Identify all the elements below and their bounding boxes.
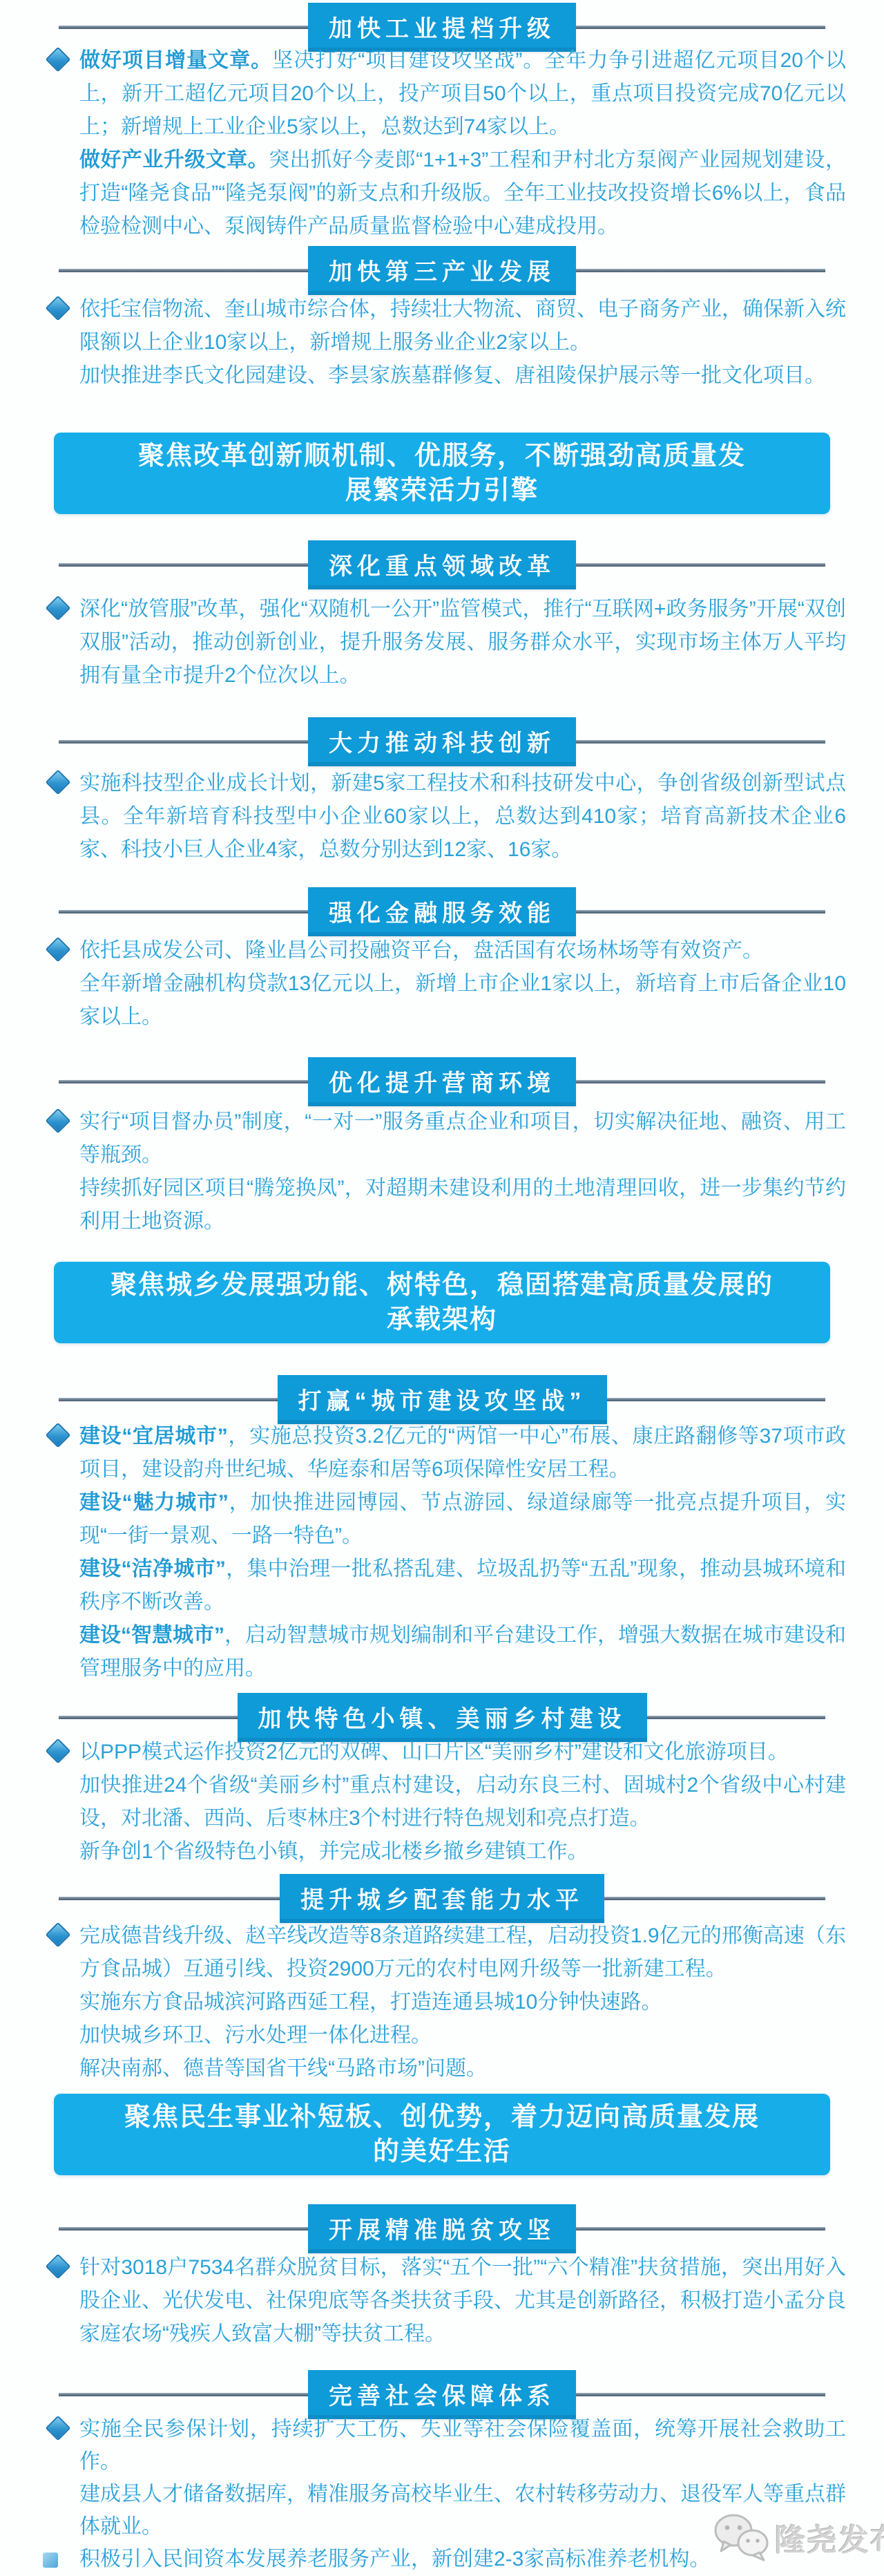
paragraph-lead: 建设“洁净城市” — [79, 1557, 226, 1580]
section-ribbon-poverty-alleviation: 开展精准脱贫攻坚 — [59, 2204, 825, 2253]
ribbon-line-left — [59, 269, 308, 272]
bullet-paragraph: 深化“放管服”改革，强化“双随机一公开”监管模式，推行“互联网+政务服务”开展“… — [79, 593, 846, 692]
section-ribbon-sci-tech: 大力推动科技创新 — [59, 717, 825, 766]
bullet-paragraph: 实行“项目督办员”制度，“一对一”服务重点企业和项目，切实解决征地、融资、用工等… — [79, 1106, 846, 1238]
section-ribbon-key-reform: 深化重点领域改革 — [59, 540, 825, 589]
section-ribbon-business-environment: 优化提升营商环境 — [59, 1057, 825, 1106]
bullet-paragraph: 依托县成发公司、隆业昌公司投融资平台，盘活国有农场林场等有效资产。 全年新增金融… — [79, 934, 846, 1034]
paragraph-text: 针对3018户7534名群众脱贫目标，落实“五个一批”“六个精准”扶贫措施，突出… — [79, 2256, 846, 2345]
ribbon-line-left — [59, 563, 308, 567]
diamond-bullet-icon — [46, 1423, 71, 1448]
bullet-paragraph: 建设“宜居城市”，实施总投资3.2亿元的“两馆一中心”布展、康庄路翻修等37项市… — [79, 1420, 846, 1685]
bullet-paragraph: 完成德昔线升级、赵辛线改造等8条道路续建工程，启动投资1.9亿元的邢衡高速（东方… — [79, 1920, 846, 2085]
ribbon-line-left — [59, 2393, 308, 2396]
diamond-bullet-icon — [46, 596, 71, 621]
banner-line-2: 展繁荣活力引擎 — [75, 473, 809, 508]
section-ribbon-infrastructure: 提升城乡配套能力水平 — [59, 1874, 825, 1923]
paragraph-text: 加快推进李氏文化园建设、李昙家族墓群修复、唐祖陵保护展示等一批文化项目。 — [79, 364, 825, 387]
paragraph-text: 实施东方食品城滨河路西延工程，打造连通县城10分钟快速路。 — [79, 1991, 662, 2014]
ribbon-line-left — [59, 26, 308, 29]
section-ribbon-social-security: 完善社会保障体系 — [59, 2370, 825, 2419]
diamond-bullet-icon — [46, 1108, 71, 1134]
bullet-paragraph: 以PPP模式运作投资2亿元的双碑、山口片区“美丽乡村”建设和文化旅游项目。 加快… — [79, 1736, 846, 1868]
paragraph-text: 实施科技型企业成长计划，新建5家工程技术和科技研发中心，争创省级创新型试点县。全… — [79, 772, 846, 861]
ribbon-line-left — [59, 910, 308, 913]
ribbon-title: 打赢“城市建设攻坚战” — [278, 1375, 607, 1424]
ribbon-line-left — [59, 1897, 280, 1900]
ribbon-line-left — [59, 1398, 278, 1401]
paragraph-text: 以PPP模式运作投资2亿元的双碑、山口片区“美丽乡村”建设和文化旅游项目。 — [79, 1741, 789, 1763]
paragraph-lead: 做好项目增量文章。 — [79, 49, 272, 72]
ribbon-line-left — [59, 1716, 238, 1719]
ribbon-line-right — [576, 910, 825, 913]
ribbon-line-right — [576, 740, 825, 744]
paragraph-lead: 建设“智慧城市” — [79, 1624, 224, 1647]
wechat-icon — [713, 2512, 771, 2562]
paragraph-text: 依托县成发公司、隆业昌公司投融资平台，盘活国有农场林场等有效资产。 — [79, 939, 763, 962]
paragraph-text: 实行“项目督办员”制度，“一对一”服务重点企业和项目，切实解决征地、融资、用工等… — [79, 1110, 846, 1166]
diamond-bullet-icon — [46, 2254, 71, 2280]
infographic-page: 加快工业提档升级 做好项目增量文章。坚决打好“项目建设攻坚战”。全年力争引进超亿… — [0, 0, 884, 2576]
paragraph-text: 深化“放管服”改革，强化“双随机一公开”监管模式，推行“互联网+政务服务”开展“… — [79, 598, 846, 687]
diamond-bullet-icon — [46, 1739, 71, 1764]
paragraph-text: 完成德昔线升级、赵辛线改造等8条道路续建工程，启动投资1.9亿元的邢衡高速（东方… — [79, 1924, 846, 1980]
paragraph-text: 依托宝信物流、奎山城市综合体，持续壮大物流、商贸、电子商务产业，确保新入统限额以… — [79, 298, 846, 354]
ribbon-title: 大力推动科技创新 — [308, 717, 576, 766]
paragraph-lead: 做好产业升级文章。 — [79, 149, 269, 171]
diamond-bullet-icon — [46, 937, 71, 963]
chapter-banner-livelihood: 聚焦民生事业补短板、创优势，着力迈向高质量发展 的美好生活 — [54, 2094, 830, 2175]
paragraph-text: 积极引入民间资本发展养老服务产业，新创建2-3家高标准养老机构。 — [79, 2548, 710, 2570]
ribbon-title: 加快第三产业发展 — [308, 246, 576, 295]
paragraph-text: 加快城乡环卫、污水处理一体化进程。 — [79, 2024, 432, 2047]
ribbon-line-right — [576, 1080, 825, 1083]
paragraph-text: 持续抓好园区项目“腾笼换凤”，对超期未建设利用的土地清理回收，进一步集约节约利用… — [79, 1177, 846, 1233]
banner-line-1: 聚焦城乡发展强功能、树特色，稳固搭建高质量发展的 — [75, 1268, 809, 1303]
ribbon-line-right — [604, 1897, 825, 1900]
chapter-banner-urban-rural: 聚焦城乡发展强功能、树特色，稳固搭建高质量发展的 承载架构 — [54, 1262, 830, 1343]
diamond-bullet-icon — [46, 296, 71, 321]
ribbon-line-right — [576, 2393, 825, 2396]
ribbon-title: 完善社会保障体系 — [308, 2370, 576, 2419]
diamond-bullet-icon — [46, 2416, 71, 2441]
ribbon-title: 强化金融服务效能 — [308, 887, 576, 936]
ribbon-line-right — [607, 1398, 826, 1401]
partial-bullet-fragment — [43, 2553, 58, 2568]
section-ribbon-towns-villages: 加快特色小镇、美丽乡村建设 — [59, 1693, 825, 1742]
banner-line-2: 的美好生活 — [75, 2134, 809, 2169]
ribbon-line-right — [647, 1716, 826, 1719]
section-ribbon-finance: 强化金融服务效能 — [59, 887, 825, 936]
ribbon-line-right — [576, 563, 825, 567]
paragraph-text: 全年新增金融机构贷款13亿元以上，新增上市企业1家以上，新培育上市后备企业10家… — [79, 972, 846, 1028]
bullet-paragraph: 针对3018户7534名群众脱贫目标，落实“五个一批”“六个精准”扶贫措施，突出… — [79, 2251, 846, 2351]
ribbon-line-left — [59, 2227, 308, 2231]
banner-line-1: 聚焦改革创新顺机制、优服务，不断强劲高质量发 — [75, 439, 809, 473]
bullet-paragraph: 做好项目增量文章。坚决打好“项目建设攻坚战”。全年力争引进超亿元项目20个以上，… — [79, 44, 846, 243]
diamond-bullet-icon — [46, 770, 71, 795]
paragraph-lead: 建设“宜居城市” — [79, 1425, 228, 1448]
diamond-bullet-icon — [46, 1922, 71, 1948]
paragraph-text: 加快推进24个省级“美丽乡村”重点村建设，启动东良三村、固城村2个省级中心村建设… — [79, 1774, 846, 1830]
watermark-label: 隆尧发布 — [775, 2515, 884, 2559]
ribbon-title: 优化提升营商环境 — [308, 1057, 576, 1106]
ribbon-line-left — [59, 1080, 308, 1083]
ribbon-title: 加快特色小镇、美丽乡村建设 — [238, 1693, 647, 1742]
banner-line-2: 承载架构 — [75, 1303, 809, 1337]
watermark: 隆尧发布 — [713, 2512, 884, 2562]
paragraph-lead: 建设“魅力城市” — [79, 1491, 229, 1514]
ribbon-line-left — [59, 740, 308, 744]
ribbon-line-right — [576, 26, 825, 29]
ribbon-title: 开展精准脱贫攻坚 — [308, 2204, 576, 2253]
ribbon-title: 提升城乡配套能力水平 — [280, 1874, 604, 1923]
bullet-paragraph: 实施科技型企业成长计划，新建5家工程技术和科技研发中心，争创省级创新型试点县。全… — [79, 767, 846, 866]
section-ribbon-city-construction: 打赢“城市建设攻坚战” — [59, 1375, 825, 1424]
chapter-banner-reform: 聚焦改革创新顺机制、优服务，不断强劲高质量发 展繁荣活力引擎 — [54, 433, 830, 514]
paragraph-text: 实施全民参保计划，持续扩大工伤、失业等社会保险覆盖面，统筹开展社会救助工作。 — [79, 2418, 846, 2473]
paragraph-text: 新争创1个省级特色小镇，并完成北楼乡撤乡建镇工作。 — [79, 1840, 588, 1863]
bullet-paragraph: 依托宝信物流、奎山城市综合体，持续壮大物流、商贸、电子商务产业，确保新入统限额以… — [79, 293, 846, 392]
banner-line-1: 聚焦民生事业补短板、创优势，着力迈向高质量发展 — [75, 2100, 809, 2134]
ribbon-line-right — [576, 2227, 825, 2231]
paragraph-text: 解决南郝、德昔等国省干线“马路市场”问题。 — [79, 2057, 487, 2080]
ribbon-title: 深化重点领域改革 — [308, 540, 576, 589]
section-ribbon-tertiary-industry: 加快第三产业发展 — [59, 246, 825, 295]
ribbon-line-right — [576, 269, 825, 272]
